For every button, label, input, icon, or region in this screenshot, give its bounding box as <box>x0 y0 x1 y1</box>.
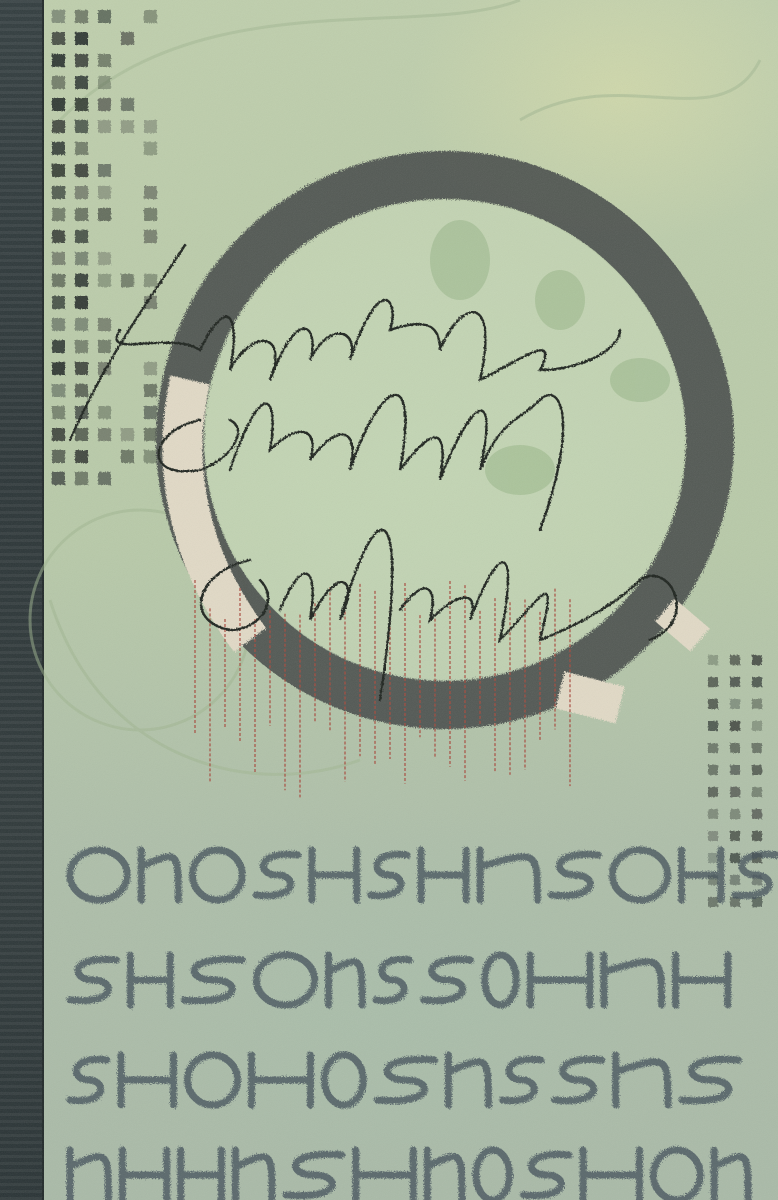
stamped-grid-pattern <box>52 10 157 485</box>
mixed-media-artwork <box>0 0 778 1200</box>
stamped-grid-pattern-right <box>708 655 762 907</box>
artwork-drawing <box>0 0 778 1200</box>
stamped-letterforms <box>70 850 776 1200</box>
